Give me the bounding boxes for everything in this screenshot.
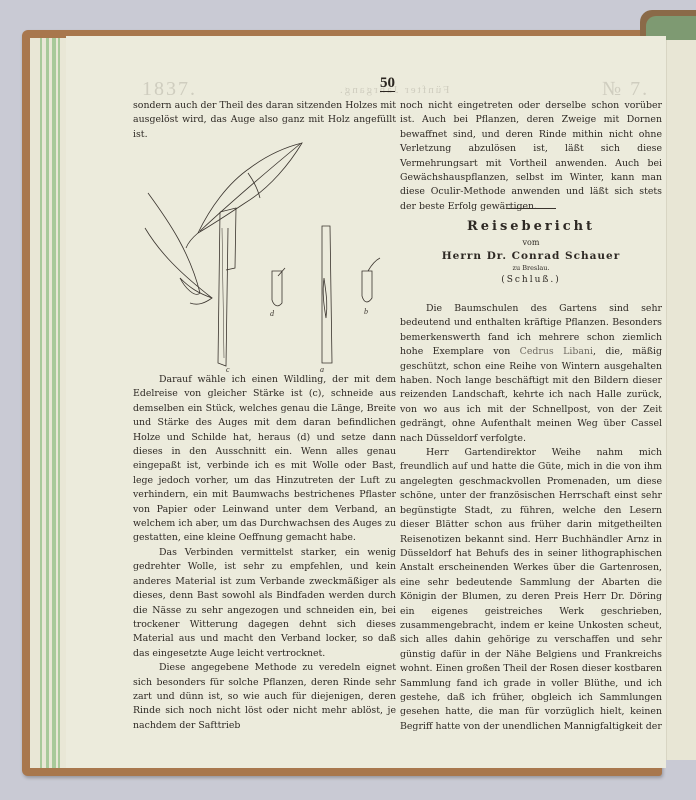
- left-column-bottom: Darauf wähle ich einen Wildling, der mit…: [133, 373, 396, 733]
- paragraph: Die Baumschulen des Gartens sind sehr be…: [400, 302, 662, 446]
- latin-plant-name: Cedrus Libani: [520, 346, 593, 357]
- page-number: 50: [380, 76, 395, 92]
- figure-label-c: c: [226, 365, 230, 373]
- right-column-top: noch nicht eingetreten oder derselbe sch…: [400, 99, 662, 214]
- ghost-header-right: № 7.: [602, 78, 649, 101]
- article-status: (Schluß.): [400, 275, 662, 285]
- figure-label-a: a: [320, 365, 324, 373]
- article-title: Reisebericht: [400, 219, 662, 234]
- figure-label-d: d: [270, 309, 275, 318]
- article-heading: Reisebericht vom Herrn Dr. Conrad Schaue…: [400, 208, 662, 285]
- figure-label-b: b: [364, 307, 368, 316]
- page-edges: [30, 38, 70, 768]
- next-page-edge: [666, 40, 696, 760]
- paragraph: Diese angegebene Methode zu veredeln eig…: [133, 661, 396, 733]
- paragraph: Darauf wähle ich einen Wildling, der mit…: [133, 373, 396, 546]
- paragraph: Herr Gartendirektor Weihe nahm mich freu…: [400, 446, 662, 734]
- ghost-header-left: 1837.: [142, 78, 197, 101]
- grafting-illustration: c d a b: [140, 128, 400, 373]
- article-vom: vom: [400, 238, 662, 247]
- article-location: zu Breslau.: [400, 264, 662, 272]
- article-author: Herrn Dr. Conrad Schauer: [400, 250, 662, 262]
- paragraph: Das Verbinden vermittelst starker, ein w…: [133, 546, 396, 661]
- right-column-bottom: Die Baumschulen des Gartens sind sehr be…: [400, 302, 662, 734]
- paragraph: noch nicht eingetreten oder derselbe sch…: [400, 99, 662, 214]
- text-span: , die, mäßig geschützt, schon eine Reihe…: [400, 346, 662, 443]
- separator-rule: [506, 208, 556, 209]
